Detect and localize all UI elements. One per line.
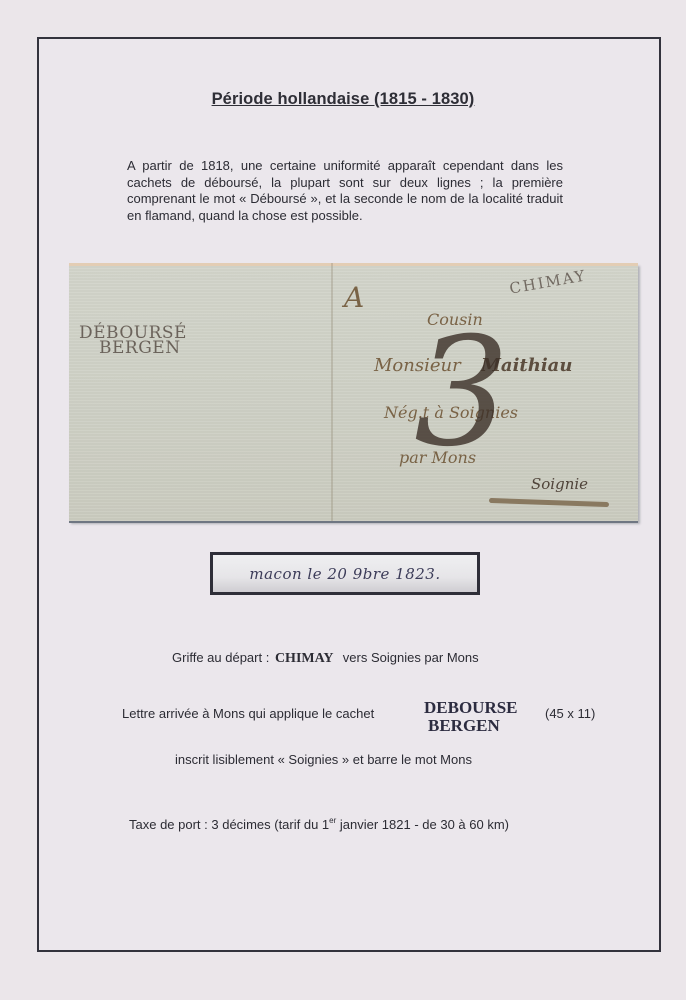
inscrit-note: inscrit lisiblement « Soignies » et barr… xyxy=(175,752,472,767)
debourse-bergen-stamp: DÉBOURSÉ BERGEN xyxy=(79,326,187,356)
intro-paragraph: A partir de 1818, une certaine uniformit… xyxy=(127,158,563,224)
taxe-note: Taxe de port : 3 décimes (tarif du 1er j… xyxy=(129,816,509,832)
letter-fold-line xyxy=(331,263,333,521)
letter-top-edge xyxy=(69,263,638,266)
griffe-suffix: vers Soignies par Mons xyxy=(343,650,479,665)
taxe-suffix: janvier 1821 - de 30 à 60 km) xyxy=(336,817,509,832)
griffe-prefix: Griffe au départ : xyxy=(172,650,273,665)
cachet-line-1: DEBOURSE xyxy=(424,698,518,717)
handwriting-soignies: Soignie xyxy=(531,475,588,493)
arrivee-note: Lettre arrivée à Mons qui applique le ca… xyxy=(122,706,374,721)
taxe-prefix: Taxe de port : 3 décimes (tarif du 1 xyxy=(129,817,329,832)
cachet-line-2: BERGEN xyxy=(424,717,518,735)
page-title: Période hollandaise (1815 - 1830) xyxy=(0,90,686,109)
stamp-line-bergen: BERGEN xyxy=(79,341,187,356)
letter-cover-image: DÉBOURSÉ BERGEN CHIMAY A Cousin Monsieur… xyxy=(69,263,638,521)
cachet-name: DEBOURSE BERGEN xyxy=(424,699,518,735)
date-strip-image: macon le 20 9bre 1823. xyxy=(210,552,480,595)
cachet-dimensions: (45 x 11) xyxy=(545,706,595,721)
griffe-town: CHIMAY xyxy=(275,651,334,666)
handwriting-a: A xyxy=(344,281,364,314)
tax-mark-handwritten: 3 xyxy=(414,318,509,468)
griffe-note: Griffe au départ : CHIMAY vers Soignies … xyxy=(172,650,479,667)
date-strip-text: macon le 20 9bre 1823. xyxy=(249,565,440,583)
